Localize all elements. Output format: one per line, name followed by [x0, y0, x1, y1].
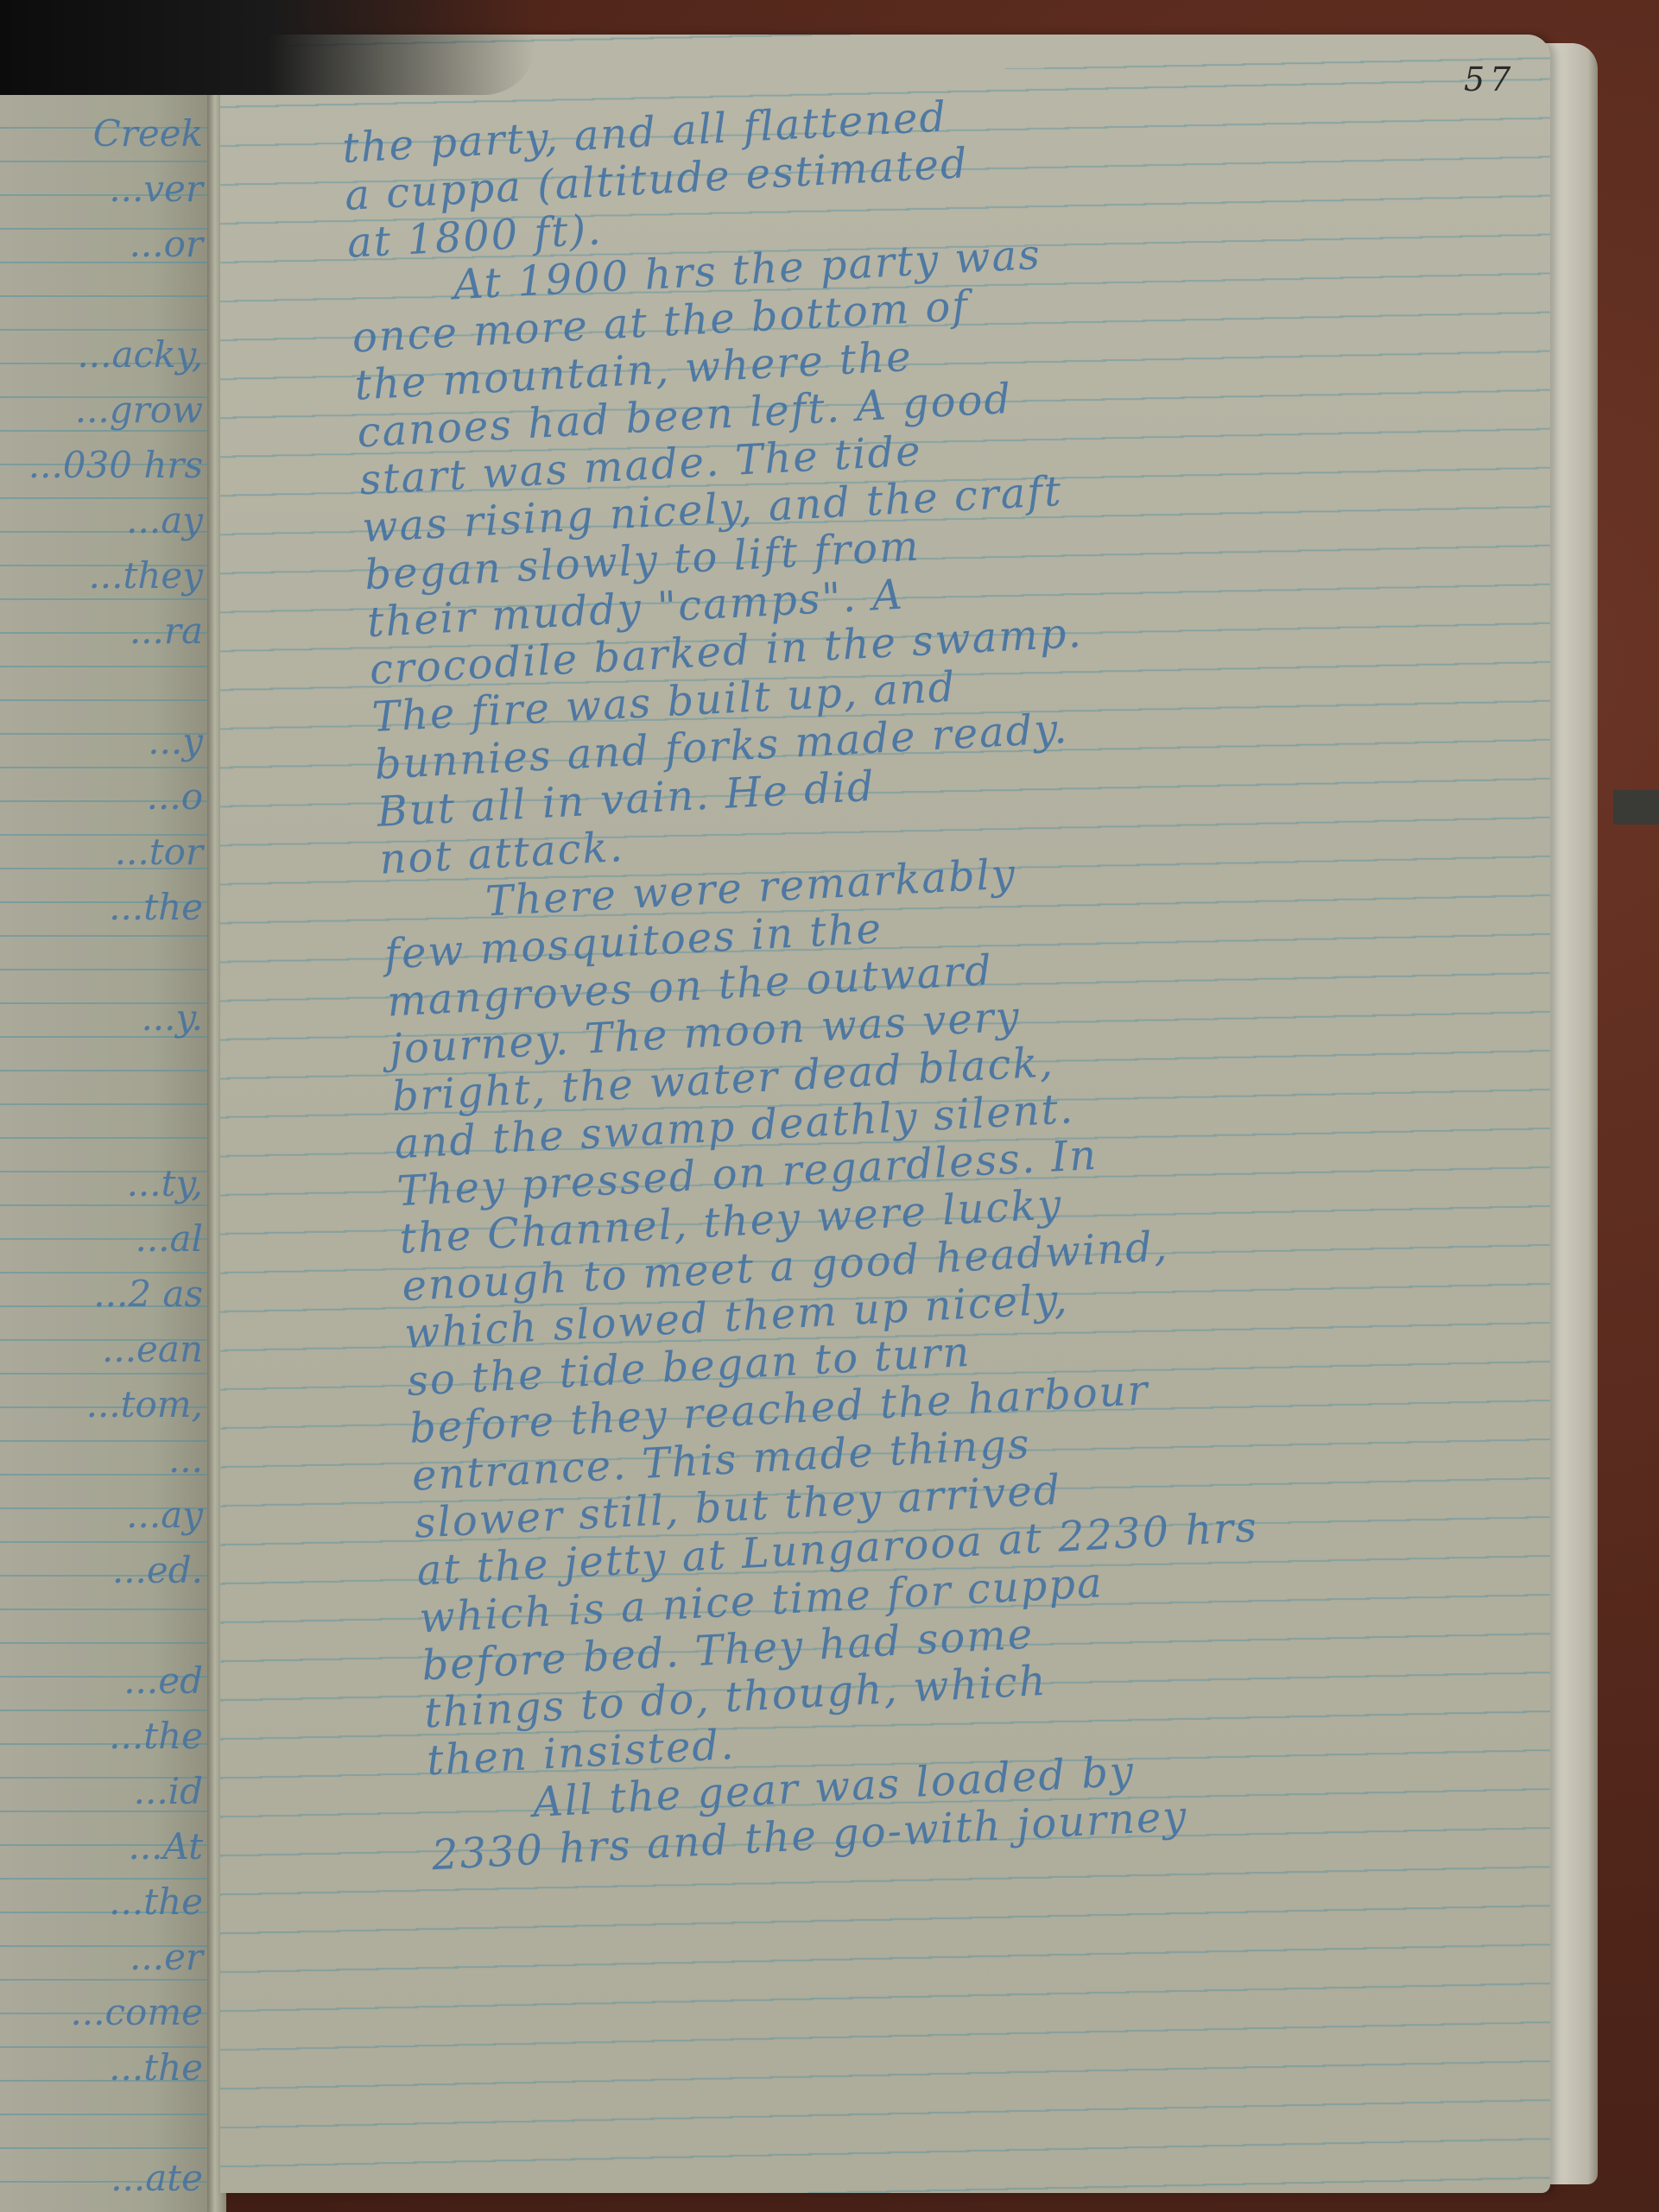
left-page-fragment: ...ty, — [0, 1162, 203, 1204]
left-page-fragment: ...ver — [0, 167, 203, 210]
left-page-fragment: ...ed — [0, 1659, 203, 1702]
left-page-fragment: ...the — [0, 886, 203, 928]
left-page-fragment: ...they — [0, 554, 203, 597]
left-page-fragment: ...come — [0, 1991, 203, 2033]
left-page-fragment: ... — [0, 1438, 203, 1481]
left-page-fragment: ...acky, — [0, 333, 203, 376]
left-page-fragment: ...the — [0, 1715, 203, 1757]
left-page-fragment: ...ate — [0, 2157, 203, 2199]
left-page-fragment: ...id — [0, 1770, 203, 1812]
left-page-fragment: ...030 hrs — [0, 444, 203, 486]
left-page-fragment: ...the — [0, 1880, 203, 1923]
left-page-fragment: ...ra — [0, 610, 203, 652]
handwritten-text: the party, and all flatteneda cuppa (alt… — [341, 63, 1550, 1880]
left-page-fragment: ...ean — [0, 1328, 203, 1370]
left-page-fragment: ...the — [0, 2046, 203, 2089]
left-page-fragment: ...y. — [0, 996, 203, 1039]
right-page: 57 the party, and all flatteneda cuppa (… — [220, 35, 1550, 2193]
left-page-fragment: ...ay — [0, 499, 203, 541]
left-page-fragment: ...ay — [0, 1494, 203, 1536]
left-page-fragment: ...grow — [0, 389, 203, 431]
left-page-fragment: ...o — [0, 775, 203, 818]
shadow-overlay — [0, 0, 535, 95]
left-page-fragment: ...al — [0, 1217, 203, 1260]
page-tab-marker — [1613, 790, 1659, 825]
left-page-fragment: ...2 as — [0, 1273, 203, 1315]
left-page-fragment: Creek — [0, 112, 203, 155]
left-page-fragment: ...tor — [0, 831, 203, 873]
left-page-fragment: ...tom, — [0, 1383, 203, 1425]
left-page-fragment: ...er — [0, 1936, 203, 1978]
left-page: Creek...ver...or...acky,...grow...030 hr… — [0, 17, 216, 2212]
left-page-fragment: ...or — [0, 223, 203, 265]
left-page-fragment: ...ed. — [0, 1549, 203, 1591]
left-page-fragment: ...y — [0, 720, 203, 762]
left-page-fragment: ...At — [0, 1825, 203, 1868]
